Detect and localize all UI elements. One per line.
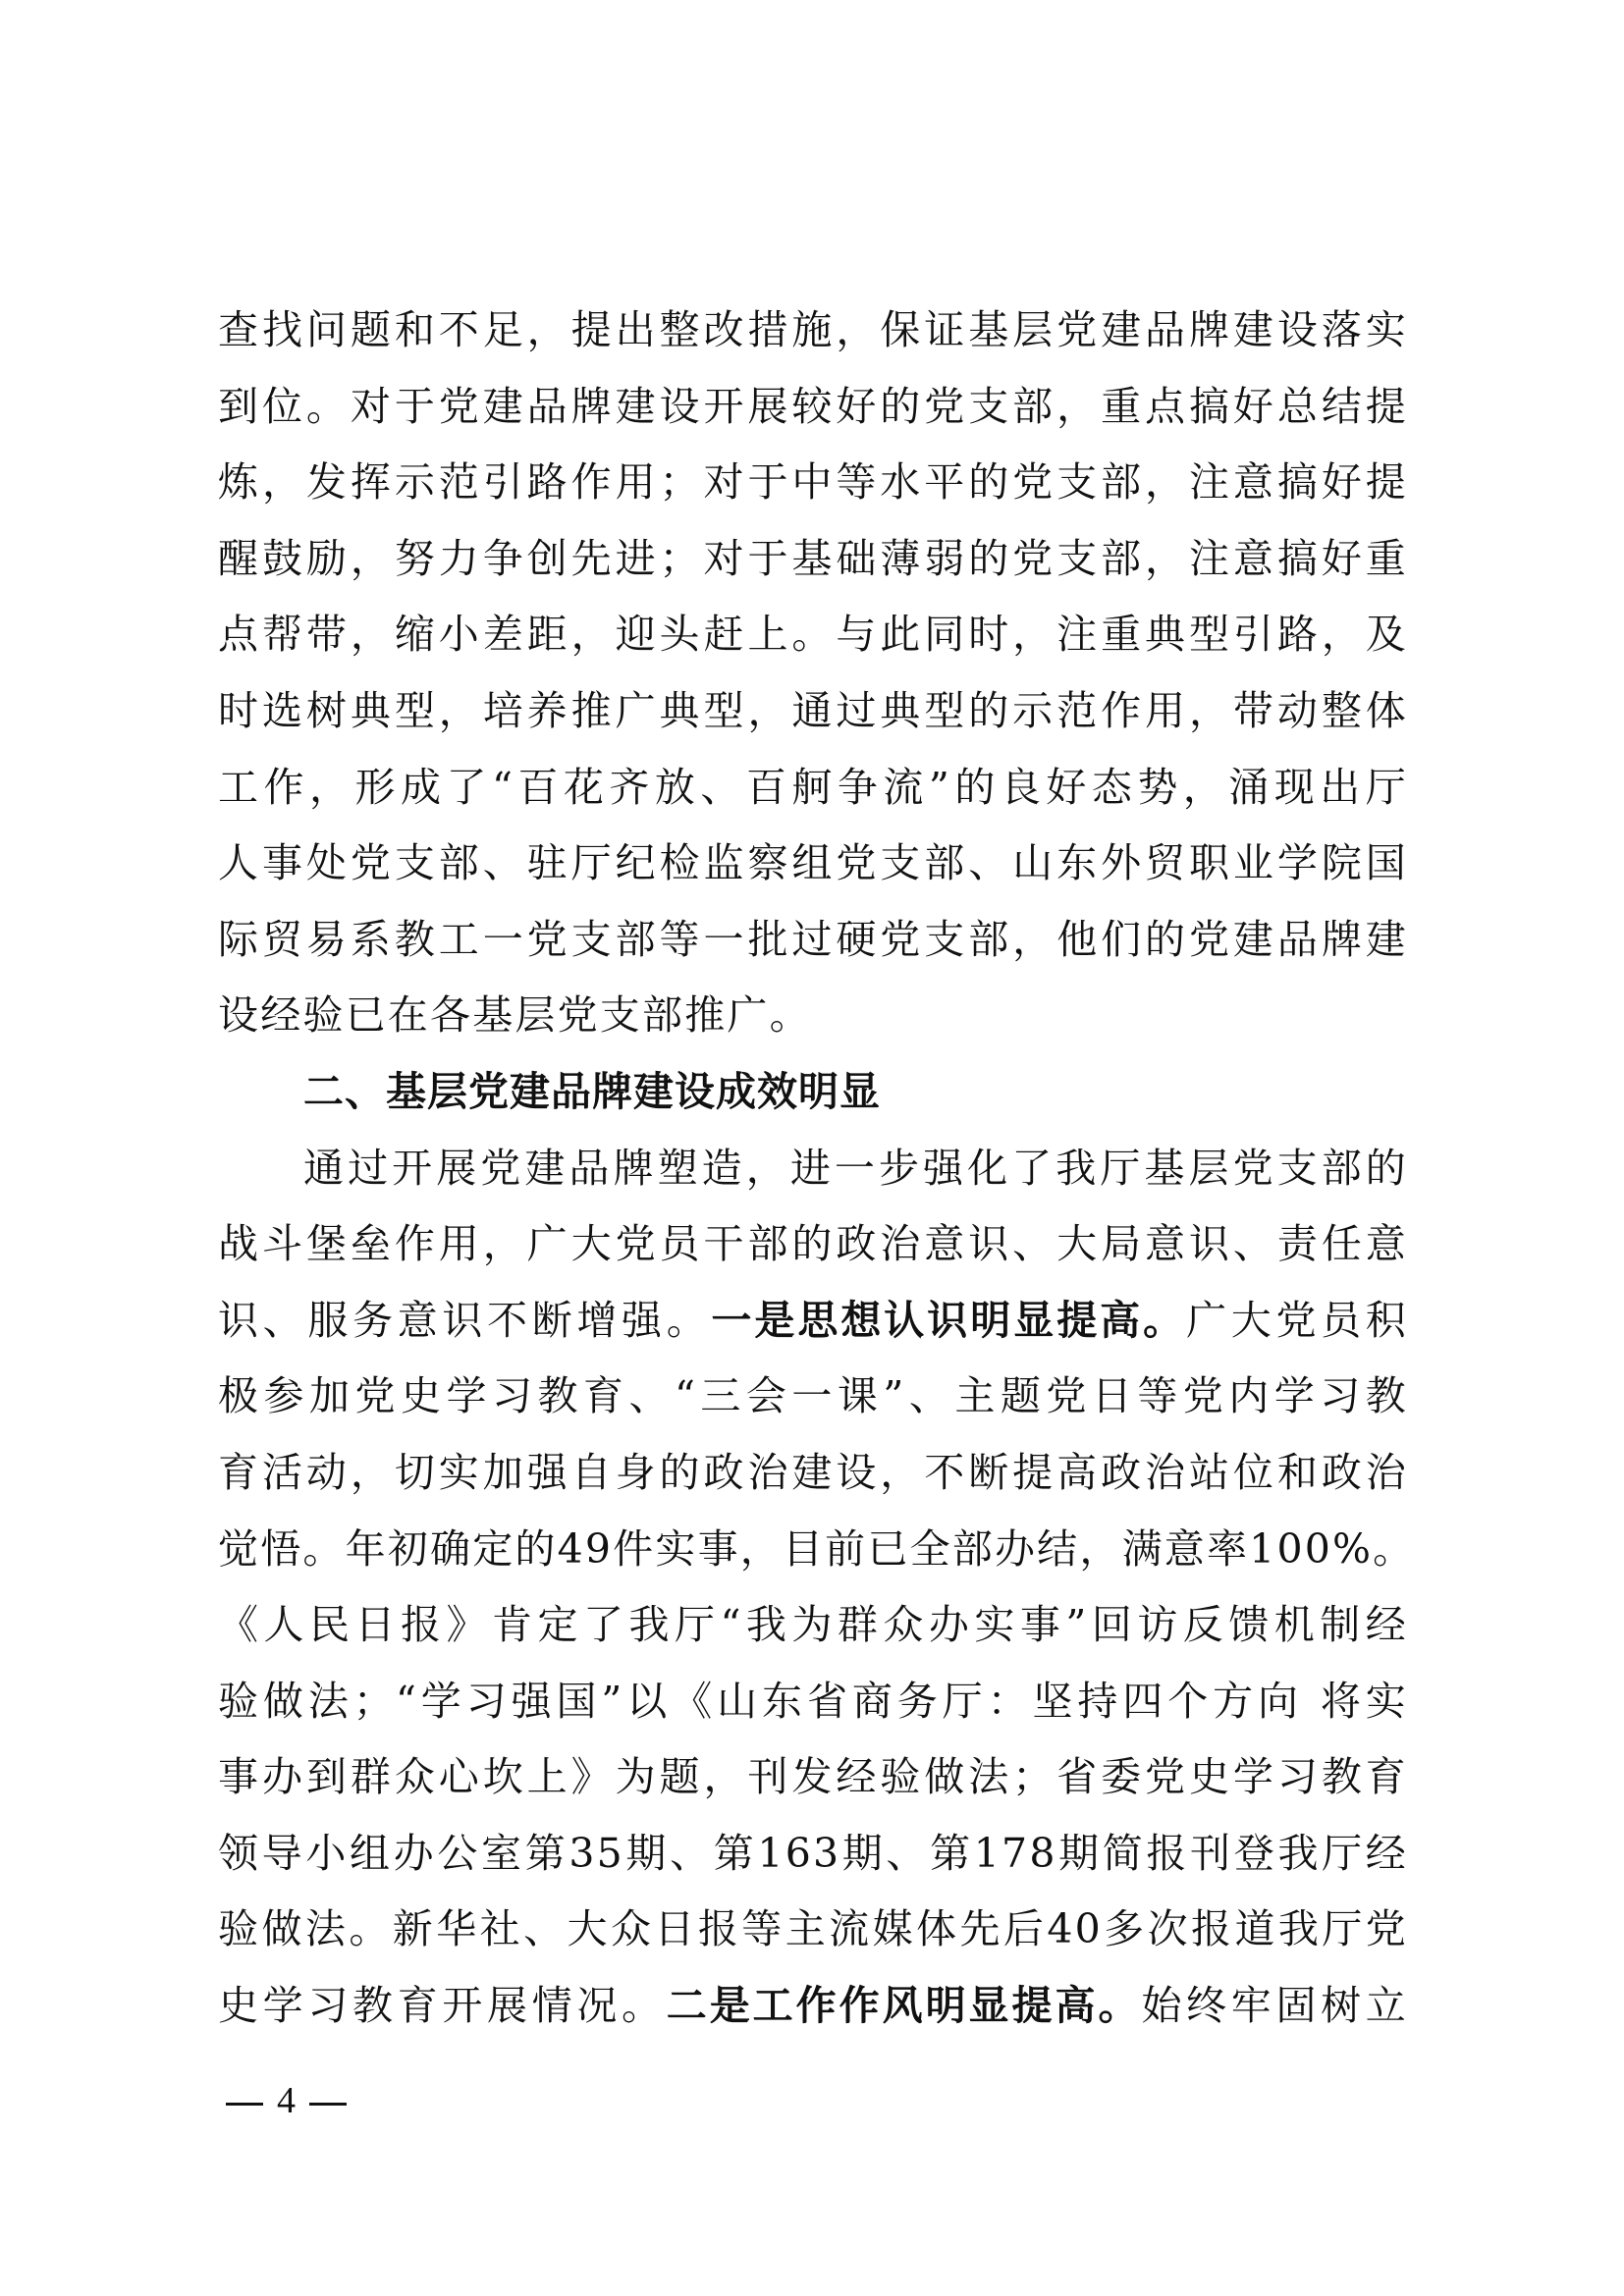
paragraph-line: 人事处党支部、驻厅纪检监察组党支部、山东外贸职业学院国 (218, 826, 1408, 902)
line-text: 广大党员积 (1186, 1297, 1408, 1344)
body-text: 查找问题和不足，提出整改措施，保证基层党建品牌建设落实 到位。对于党建品牌建设开… (218, 293, 1408, 2045)
line-text: 始终牢固树立 (1141, 1982, 1408, 2029)
section-heading: 二、基层党建品牌建设成效明显 (218, 1054, 1408, 1131)
paragraph-line: 领导小组办公室第35期、第163期、第178期简报刊登我厅经 (218, 1816, 1408, 1893)
paragraph-line: 育活动，切实加强自身的政治建设，不断提高政治站位和政治 (218, 1435, 1408, 1512)
bold-subheading: 一是思想认识明显提高。 (711, 1297, 1186, 1344)
line-text: 史学习教育开展情况。 (218, 1982, 667, 2029)
paragraph-line: 战斗堡垒作用，广大党员干部的政治意识、大局意识、责任意 (218, 1206, 1408, 1283)
paragraph-line: 验做法；“学习强国”以《山东省商务厅：坚持四个方向 将实 (218, 1664, 1408, 1740)
paragraph-line: 查找问题和不足，提出整改措施，保证基层党建品牌建设落实 (218, 293, 1408, 369)
paragraph-line: 验做法。新华社、大众日报等主流媒体先后40多次报道我厅党 (218, 1892, 1408, 1968)
paragraph-line: 觉悟。年初确定的49件实事，目前已全部办结，满意率100%。 (218, 1512, 1408, 1588)
bold-subheading: 二是工作作风明显提高。 (667, 1982, 1142, 2029)
line-text: 识、服务意识不断增强。 (218, 1297, 711, 1344)
paragraph-line: 时选树典型，培养推广典型，通过典型的示范作用，带动整体 (218, 673, 1408, 750)
paragraph-line: 炼，发挥示范引路作用；对于中等水平的党支部，注意搞好提 (218, 445, 1408, 521)
paragraph-line: 醒鼓励，努力争创先进；对于基础薄弱的党支部，注意搞好重 (218, 521, 1408, 598)
document-page: 查找问题和不足，提出整改措施，保证基层党建品牌建设落实 到位。对于党建品牌建设开… (0, 0, 1624, 2296)
paragraph-line: 通过开展党建品牌塑造，进一步强化了我厅基层党支部的 (218, 1131, 1408, 1207)
paragraph-line: 点帮带，缩小差距，迎头赶上。与此同时，注重典型引路，及 (218, 597, 1408, 673)
paragraph-line: 设经验已在各基层党支部推广。 (218, 978, 1408, 1054)
page-number: 4 (216, 2077, 360, 2124)
dash-left (226, 2103, 263, 2106)
page-number-value: 4 (277, 2080, 296, 2121)
paragraph-line: 事办到群众心坎上》为题，刊发经验做法；省委党史学习教育 (218, 1739, 1408, 1816)
paragraph-line: 工作，形成了“百花齐放、百舸争流”的良好态势，涌现出厅 (218, 750, 1408, 827)
paragraph-line: 极参加党史学习教育、“三会一课”、主题党日等党内学习教 (218, 1359, 1408, 1435)
paragraph-line: 到位。对于党建品牌建设开展较好的党支部，重点搞好总结提 (218, 369, 1408, 446)
paragraph-line: 际贸易系教工一党支部等一批过硬党支部，他们的党建品牌建 (218, 902, 1408, 979)
paragraph-line: 史学习教育开展情况。二是工作作风明显提高。始终牢固树立 (218, 1968, 1408, 2045)
dash-right (309, 2103, 347, 2106)
paragraph-line: 识、服务意识不断增强。一是思想认识明显提高。广大党员积 (218, 1283, 1408, 1360)
paragraph-line: 《人民日报》肯定了我厅“我为群众办实事”回访反馈机制经 (218, 1587, 1408, 1664)
